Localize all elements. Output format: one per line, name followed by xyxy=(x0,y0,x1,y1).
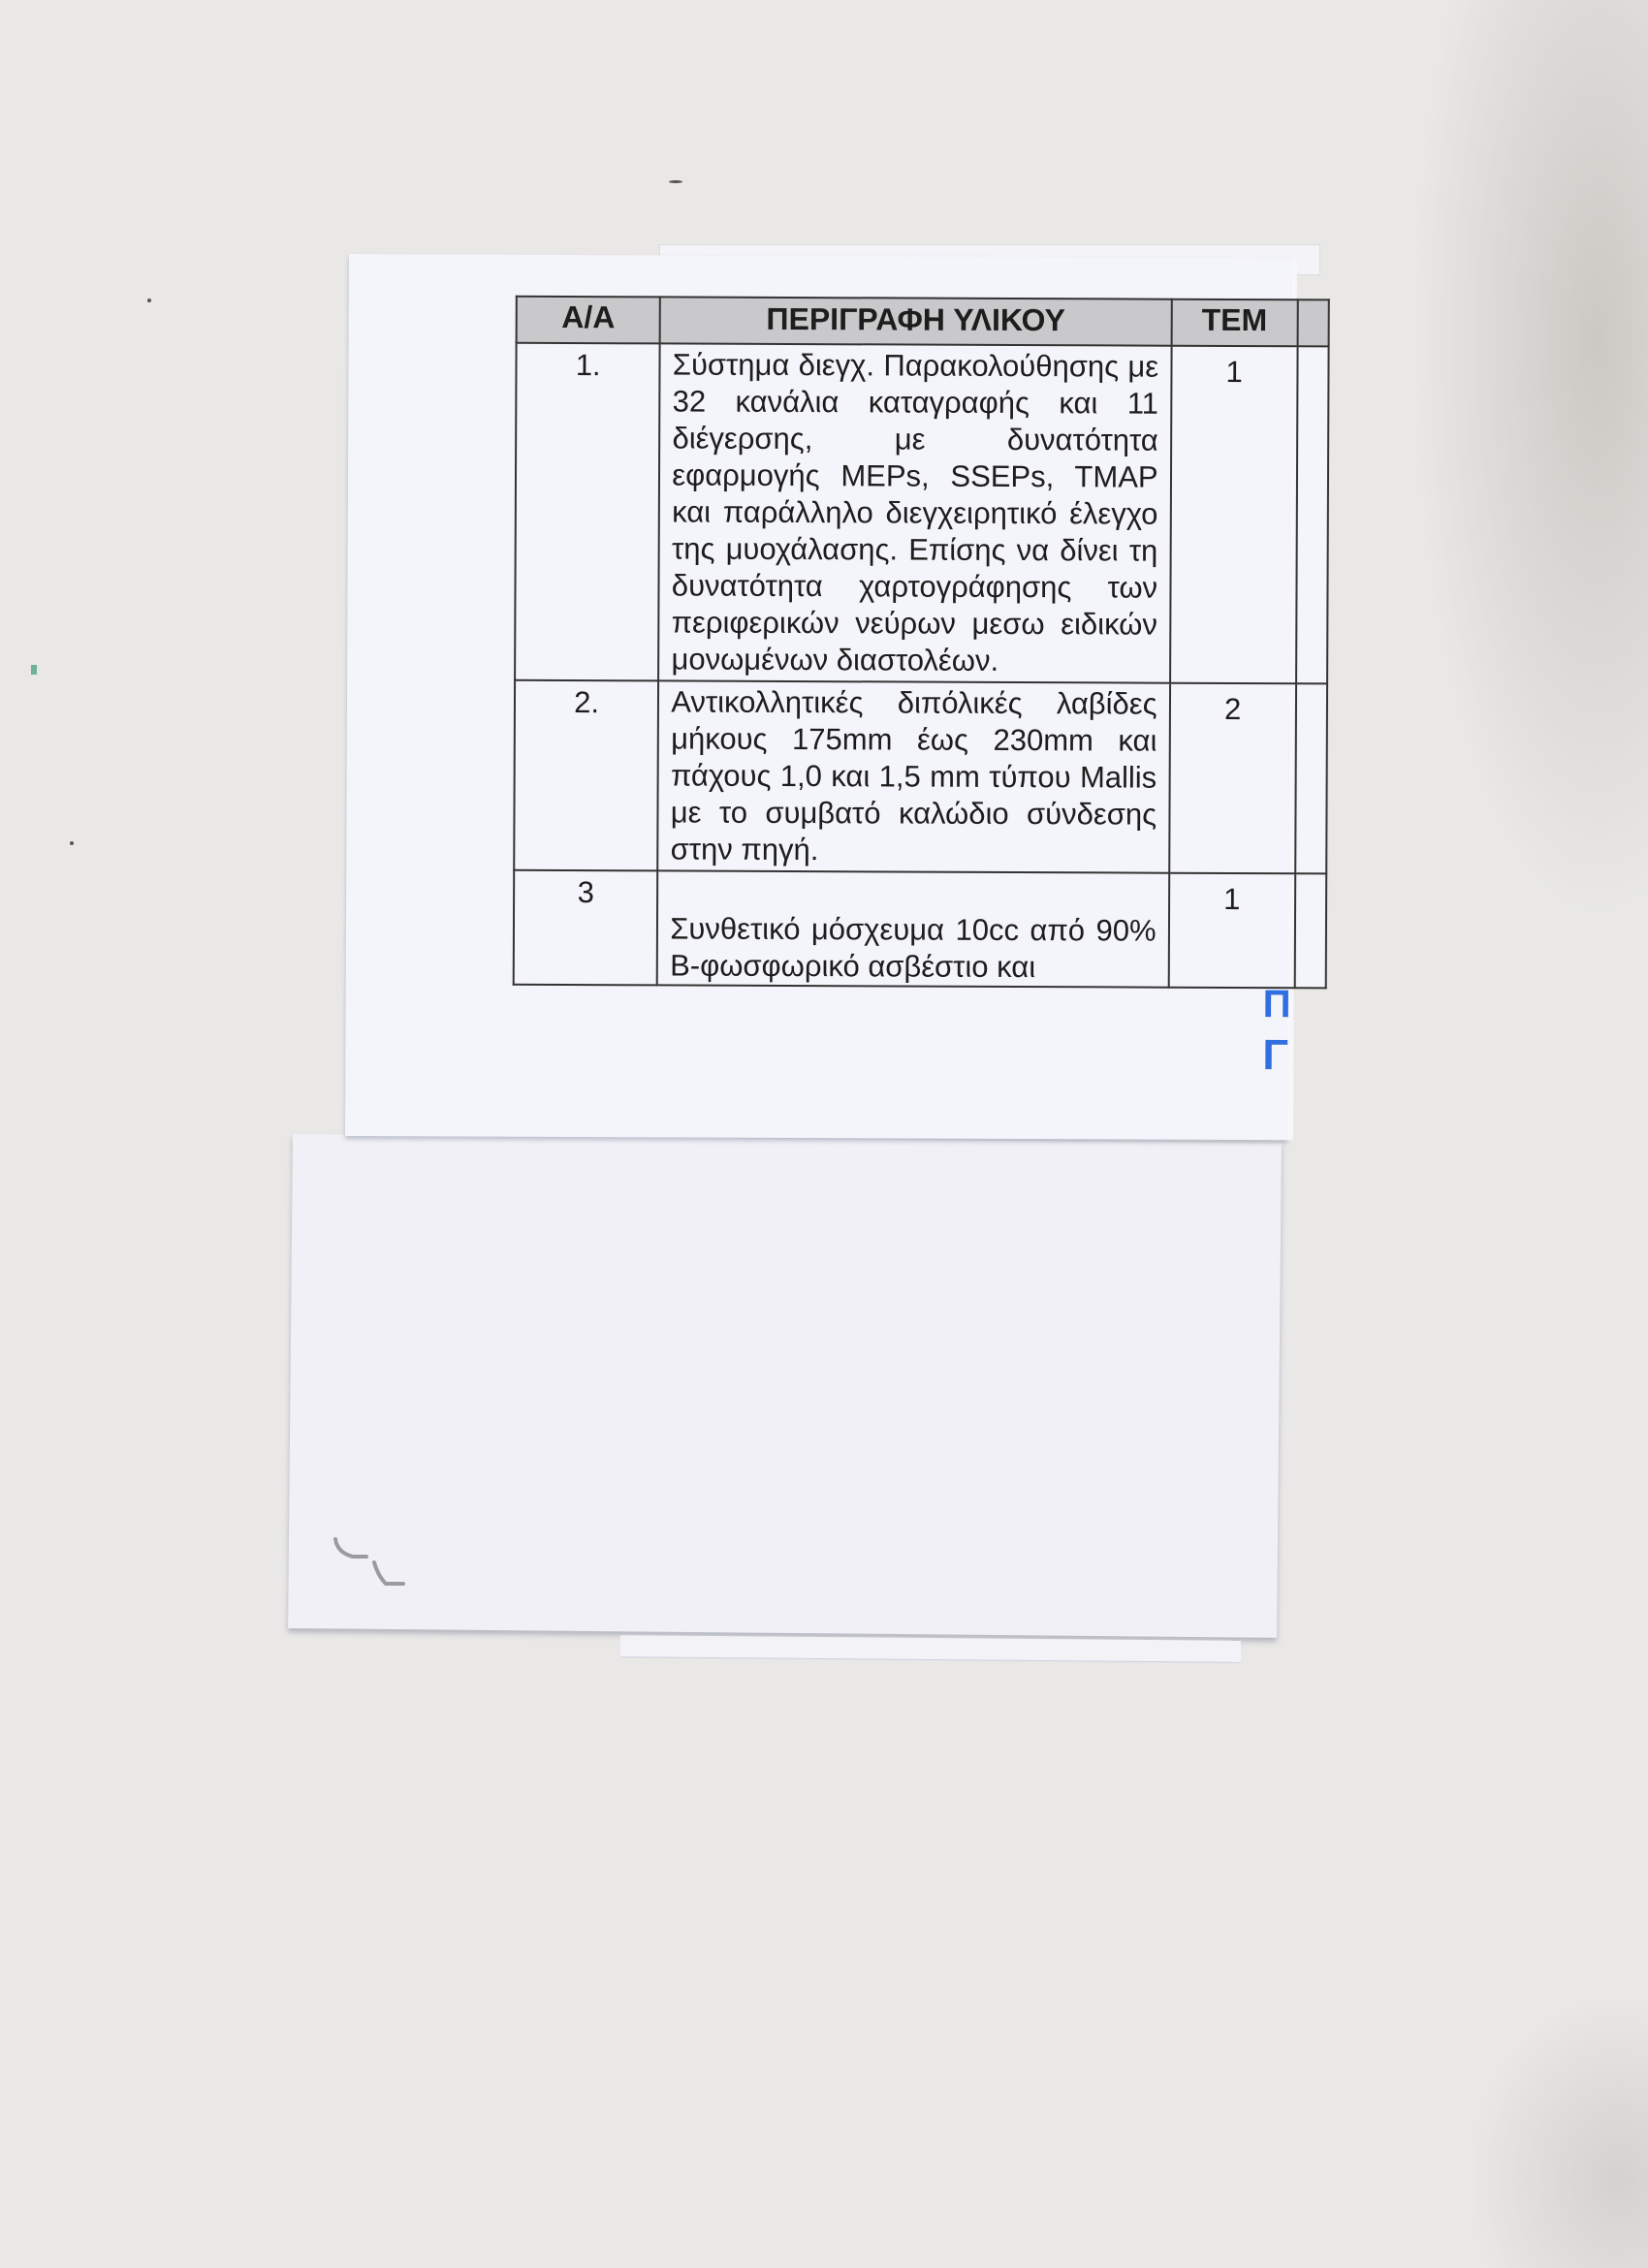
row-description: Αντικολλητικές διπόλικές λαβίδες μήκους … xyxy=(658,680,1170,872)
front-sheet: Α/Α ΠΕΡΙΓΡΑΦΗ ΥΛΙΚΟΥ ΤΕΜ 1. Σύστημα διεγ… xyxy=(345,254,1291,1140)
table-row: 3 Συνθετικό μόσχευμα 10cc από 90% B-φωσφ… xyxy=(514,870,1327,989)
row-aa: 3 xyxy=(514,870,658,986)
background-smudge xyxy=(1454,1977,1648,2268)
row-quantity: 1 xyxy=(1170,346,1298,684)
stamp-fragment: Γ xyxy=(1262,1031,1288,1080)
row-aa: 2. xyxy=(514,680,658,871)
table-row: 1. Σύστημα διεγχ. Παρακολούθησης με 32 κ… xyxy=(515,343,1329,684)
row-aa: 1. xyxy=(515,343,660,681)
staple-icon xyxy=(330,1531,417,1599)
lower-underlay-sheet xyxy=(620,1635,1241,1663)
speck xyxy=(669,180,682,183)
background-smudge xyxy=(1396,0,1648,969)
row-description: Συνθετικό μόσχευμα 10cc από 90% B-φωσφωρ… xyxy=(657,870,1169,987)
stamp-fragment: Π xyxy=(1263,983,1291,1026)
speck xyxy=(147,299,151,302)
header-quantity: ΤΕΜ xyxy=(1171,299,1298,347)
table-header-row: Α/Α ΠΕΡΙΓΡΑΦΗ ΥΛΙΚΟΥ ΤΕΜ xyxy=(517,297,1329,347)
row-quantity: 2 xyxy=(1169,683,1296,874)
items-table: Α/Α ΠΕΡΙΓΡΑΦΗ ΥΛΙΚΟΥ ΤΕΜ 1. Σύστημα διεγ… xyxy=(513,296,1330,990)
header-description: ΠΕΡΙΓΡΑΦΗ ΥΛΙΚΟΥ xyxy=(660,297,1171,345)
header-aa: Α/Α xyxy=(517,297,661,344)
speck xyxy=(70,841,74,845)
row-description: Σύστημα διεγχ. Παρακολούθησης με 32 κανά… xyxy=(658,343,1171,682)
ink-mark xyxy=(31,665,37,675)
header-extra xyxy=(1297,299,1328,346)
row-quantity: 1 xyxy=(1168,873,1295,989)
table-row: 2. Αντικολλητικές διπόλικές λαβίδες μήκο… xyxy=(514,680,1327,874)
lower-stapled-sheet xyxy=(288,1134,1282,1638)
